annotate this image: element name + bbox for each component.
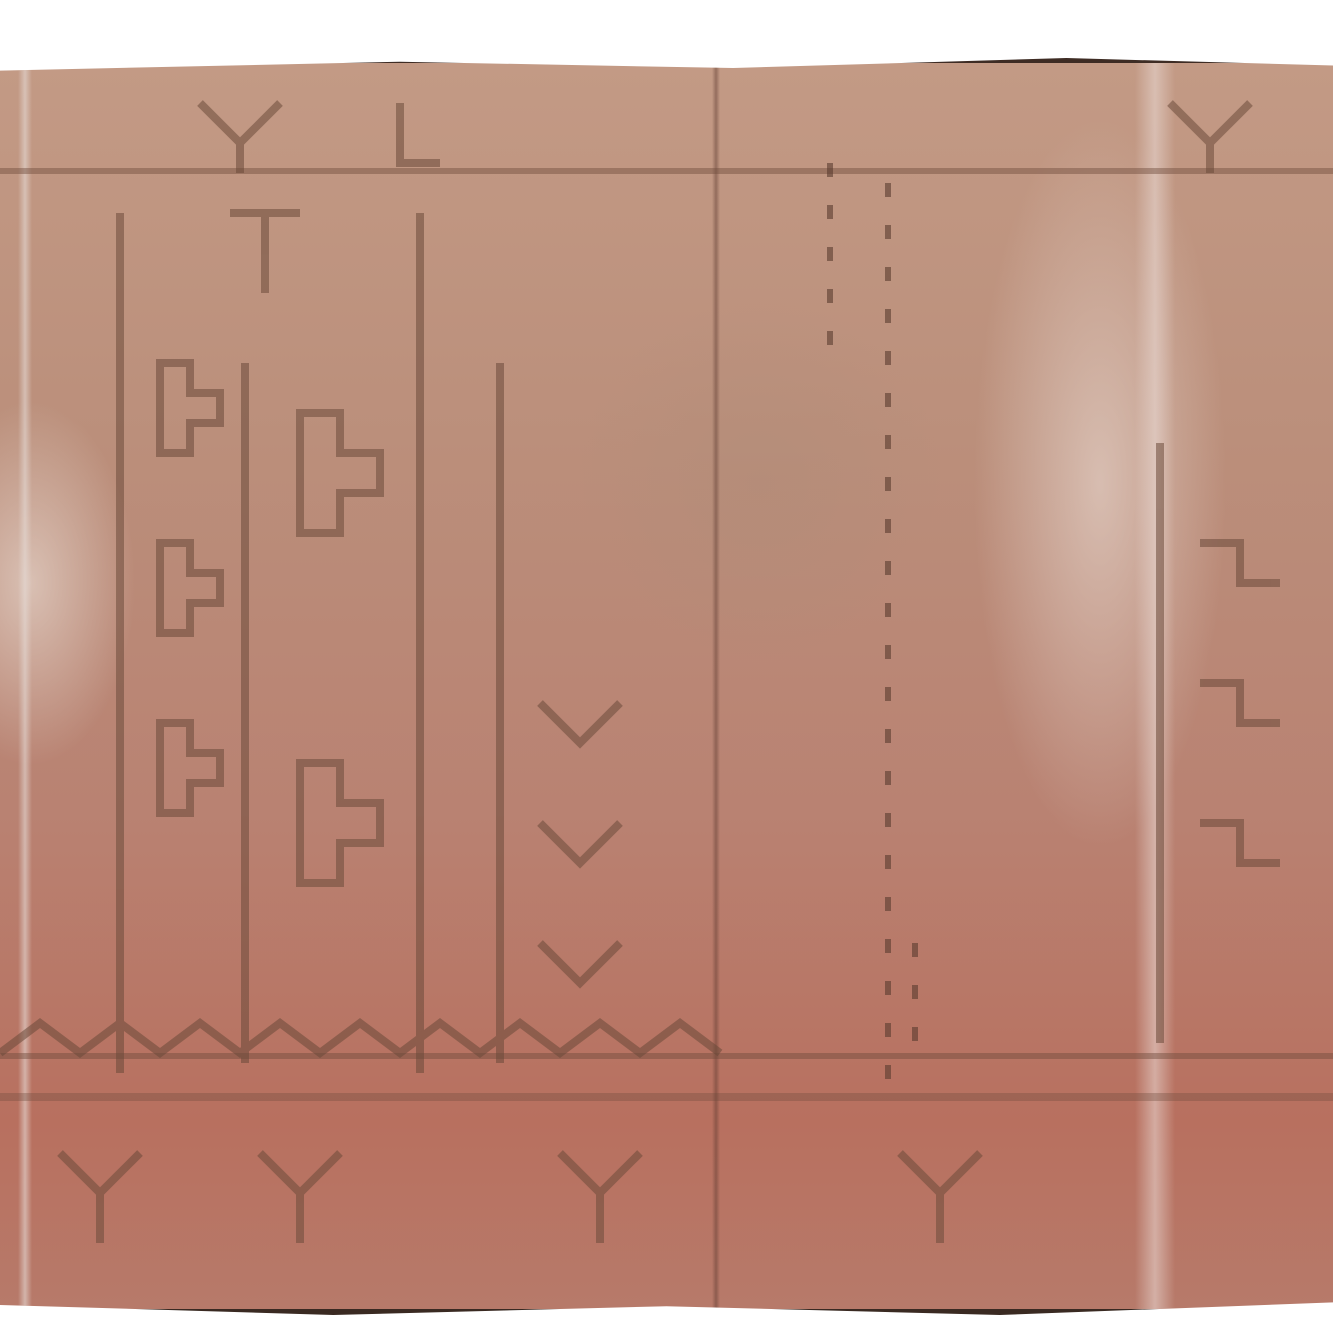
rug-pattern [0, 63, 1333, 1320]
rug [0, 58, 1333, 1315]
